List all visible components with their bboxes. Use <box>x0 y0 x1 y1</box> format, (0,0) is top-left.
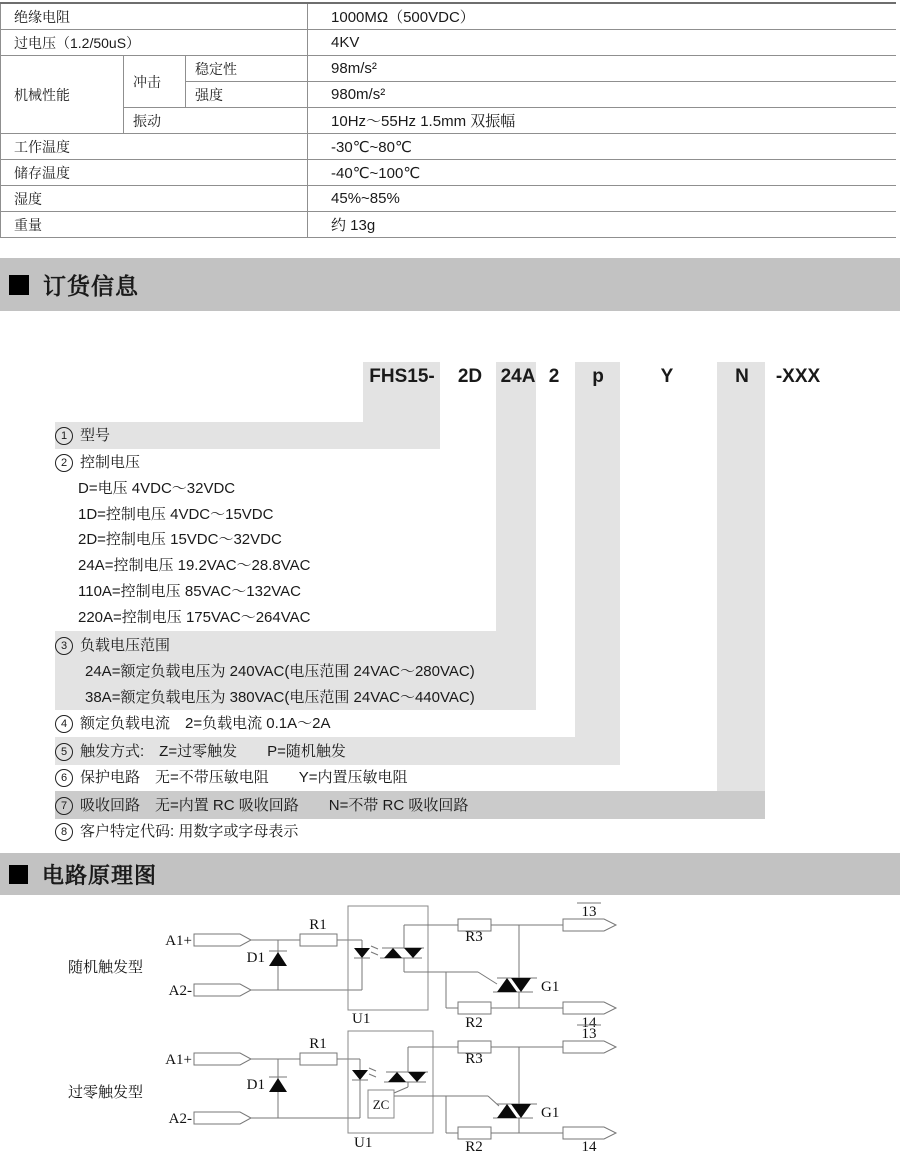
list-item: 4额定负载电流 2=负载电流 0.1A～2A <box>55 714 330 733</box>
list-item: 8客户特定代码: 用数字或字母表示 <box>55 822 298 841</box>
phototriac-icon <box>384 1072 428 1082</box>
resistor-r2 <box>458 1127 491 1139</box>
spec-value: 980m/s² <box>308 82 896 108</box>
code-part-prefix: FHS15- <box>369 366 434 388</box>
resistor-r2-label: R2 <box>465 1139 483 1153</box>
circuit-diagrams: 随机触发型 A1+ R1 D1 A2- U1 <box>0 895 900 1153</box>
code-part-control-voltage: 2D <box>458 366 482 388</box>
datasheet-page: 绝缘电阻 1000MΩ（500VDC） 过电压（1.2/50uS） 4KV 机械… <box>0 0 900 1153</box>
list-item: 24A=额定负载电压为 240VAC(电压范围 24VAC～280VAC) <box>85 662 475 681</box>
triac-g1-label: G1 <box>541 979 559 995</box>
circuit-type-label: 过零触发型 <box>68 1083 143 1101</box>
terminal-a2-flag <box>194 1112 251 1124</box>
circled-number: 6 <box>55 769 73 787</box>
spec-sublabel: 振动 <box>124 108 308 134</box>
table-row: 振动 10Hz～55Hz 1.5mm 双振幅 <box>1 108 897 134</box>
section-marker-icon <box>9 865 28 884</box>
led-icon <box>354 948 370 958</box>
circled-number: 7 <box>55 797 73 815</box>
item-row-bg-1 <box>55 422 440 449</box>
spec-label: 机械性能 <box>1 56 124 134</box>
table-row: 湿度 45%~85% <box>1 186 897 212</box>
optocoupler-u1-label: U1 <box>352 1011 370 1027</box>
code-part-snubber: N <box>735 366 749 388</box>
list-item: D=电压 4VDC～32VDC <box>78 479 235 498</box>
triac-g1-icon <box>493 1104 537 1118</box>
terminal-13-flag <box>563 919 616 931</box>
spec-value: 98m/s² <box>308 56 896 82</box>
list-item: 38A=额定负载电压为 380VAC(电压范围 24VAC～440VAC) <box>85 688 475 707</box>
spec-label: 湿度 <box>1 186 308 212</box>
spec-value: -30℃~80℃ <box>308 134 896 160</box>
spec-value: 10Hz～55Hz 1.5mm 双振幅 <box>308 108 896 134</box>
terminal-a1-label: A1+ <box>165 933 192 949</box>
item-text: 触发方式: Z=过零触发 P=随机触发 <box>80 743 346 760</box>
led-icon <box>352 1070 368 1080</box>
code-part-custom: -XXX <box>776 366 820 388</box>
diode-d1-icon <box>269 1078 287 1092</box>
code-column-trigger <box>575 362 620 737</box>
terminal-13-label: 13 <box>582 1026 597 1042</box>
table-row: 绝缘电阻 1000MΩ（500VDC） <box>1 3 897 30</box>
resistor-r3-label: R3 <box>465 929 483 945</box>
resistor-r1 <box>300 1053 337 1065</box>
terminal-a1-flag <box>194 934 251 946</box>
spec-value: -40℃~100℃ <box>308 160 896 186</box>
spec-sublabel: 冲击 <box>124 56 186 108</box>
zero-cross-label: ZC <box>373 1097 390 1112</box>
spec-value: 约 13g <box>308 212 896 238</box>
item-text: 控制电压 <box>80 454 140 471</box>
circled-number: 5 <box>55 743 73 761</box>
table-row: 机械性能 冲击 稳定性 98m/s² <box>1 56 897 82</box>
item-text: 客户特定代码: 用数字或字母表示 <box>80 823 298 840</box>
spec-value: 1000MΩ（500VDC） <box>308 3 896 30</box>
spec-label: 重量 <box>1 212 308 238</box>
item-text: 额定负载电流 2=负载电流 0.1A～2A <box>80 715 330 732</box>
spec-value: 45%~85% <box>308 186 896 212</box>
triac-g1-label: G1 <box>541 1105 559 1121</box>
triac-g1-icon <box>493 978 537 992</box>
code-part-load-voltage: 24A <box>501 366 536 388</box>
spec-label: 绝缘电阻 <box>1 3 308 30</box>
terminal-a1-label: A1+ <box>165 1052 192 1068</box>
item-text: 负载电压范围 <box>80 637 170 654</box>
list-item: 2控制电压 <box>55 453 140 472</box>
table-row: 过电压（1.2/50uS） 4KV <box>1 30 897 56</box>
terminal-14-label: 14 <box>582 1139 598 1153</box>
list-item: 1D=控制电压 4VDC～15VDC <box>78 505 273 524</box>
table-row: 重量 约 13g <box>1 212 897 238</box>
terminal-a2-label: A2- <box>169 1111 192 1127</box>
circuit-zero-crossing-trigger: 过零触发型 A1+ R1 D1 A2- U1 <box>68 1025 616 1153</box>
spec-label: 工作温度 <box>1 134 308 160</box>
code-column-load-voltage <box>496 362 536 632</box>
section-header-ordering: 订货信息 <box>0 258 900 311</box>
resistor-r2-label: R2 <box>465 1015 483 1031</box>
list-item: 2D=控制电压 15VDC～32VDC <box>78 530 282 549</box>
list-item: 24A=控制电压 19.2VAC～28.8VAC <box>78 556 310 575</box>
list-item: 3负载电压范围 <box>55 636 170 655</box>
code-part-trigger: p <box>592 366 604 388</box>
resistor-r2 <box>458 1002 491 1014</box>
spec-table: 绝缘电阻 1000MΩ（500VDC） 过电压（1.2/50uS） 4KV 机械… <box>0 2 896 238</box>
resistor-r1-label: R1 <box>309 1036 327 1052</box>
item-text: 吸收回路 无=内置 RC 吸收回路 N=不带 RC 吸收回路 <box>80 797 468 814</box>
list-item: 220A=控制电压 175VAC～264VAC <box>78 608 310 627</box>
terminal-13-flag <box>563 1041 616 1053</box>
circuit-random-trigger: 随机触发型 A1+ R1 D1 A2- U1 <box>68 903 616 1031</box>
terminal-a2-flag <box>194 984 251 996</box>
item-text: 保护电路 无=不带压敏电阻 Y=内置压敏电阻 <box>80 769 408 786</box>
terminal-a1-flag <box>194 1053 251 1065</box>
resistor-r1-label: R1 <box>309 917 327 933</box>
circuit-type-label: 随机触发型 <box>68 958 143 976</box>
diode-d1-label: D1 <box>247 1077 265 1093</box>
code-part-protection: Y <box>661 366 674 388</box>
spec-sublabel: 强度 <box>186 82 308 108</box>
diode-d1-label: D1 <box>247 950 265 966</box>
list-item: 5触发方式: Z=过零触发 P=随机触发 <box>55 742 346 761</box>
circled-number: 2 <box>55 454 73 472</box>
circled-number: 4 <box>55 715 73 733</box>
table-row: 工作温度 -30℃~80℃ <box>1 134 897 160</box>
list-item: 6保护电路 无=不带压敏电阻 Y=内置压敏电阻 <box>55 768 408 787</box>
terminal-14-flag <box>563 1127 616 1139</box>
spec-value: 4KV <box>308 30 896 56</box>
list-item: 7吸收回路 无=内置 RC 吸收回路 N=不带 RC 吸收回路 <box>55 796 468 815</box>
resistor-r3-label: R3 <box>465 1051 483 1067</box>
phototriac-icon <box>380 948 424 958</box>
section-title: 订货信息 <box>43 268 139 301</box>
section-marker-icon <box>9 275 29 295</box>
terminal-a2-label: A2- <box>169 983 192 999</box>
terminal-13-label: 13 <box>582 904 597 920</box>
list-item: 110A=控制电压 85VAC～132VAC <box>78 582 301 601</box>
circled-number: 1 <box>55 427 73 445</box>
circled-number: 8 <box>55 823 73 841</box>
code-part-load-current: 2 <box>549 366 560 388</box>
item-text: 型号 <box>80 427 110 444</box>
list-item: 1型号 <box>55 426 110 445</box>
spec-label: 储存温度 <box>1 160 308 186</box>
table-row: 储存温度 -40℃~100℃ <box>1 160 897 186</box>
spec-sublabel: 稳定性 <box>186 56 308 82</box>
diode-d1-icon <box>269 952 287 966</box>
optocoupler-u1-label: U1 <box>354 1135 372 1151</box>
circled-number: 3 <box>55 637 73 655</box>
terminal-14-flag <box>563 1002 616 1014</box>
resistor-r1 <box>300 934 337 946</box>
code-column-snubber <box>717 362 765 791</box>
section-header-circuit: 电路原理图 <box>0 853 900 895</box>
section-title: 电路原理图 <box>42 859 157 890</box>
spec-label: 过电压（1.2/50uS） <box>1 30 308 56</box>
